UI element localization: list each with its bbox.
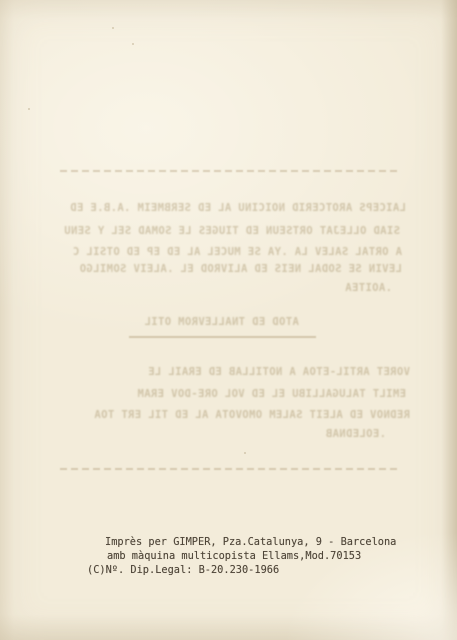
ghost-heading-underline [129, 336, 316, 338]
ghost-dashed-rule-bottom [60, 468, 400, 470]
paper-speck [244, 452, 246, 454]
ghost-text-line: VORET ARTIL-ETOA A NOTILLAB ED ERAIL LE [73, 367, 410, 377]
ghost-text-line: .AOITEA [320, 283, 392, 293]
ghost-text-line: A ORTAL SALEV LA .YA SE MUCEL AL ED EP E… [50, 247, 402, 257]
imprint-legal-deposit-line: (C)Nº. Dip.Legal: B-20.230-1966 [87, 564, 279, 576]
ghost-text-line: LAICEPS AROTCERID NOICINU AL ED SERBMEIM… [68, 203, 406, 213]
imprint-printer-line: Imprès per GIMPER, Pza.Catalunya, 9 - Ba… [105, 536, 396, 548]
ghost-text-line: LEVIN SE SODAL NEIS ED ALIVROD EL .ALEIV… [45, 264, 402, 274]
ghost-text-line: .EOLEDNAB [298, 429, 386, 439]
ghost-text-line: SIAD OLLEJAT ORTSEUN ED TIUGES LE SOMAD … [55, 226, 400, 236]
imprint-machine-line: amb màquina multicopista Ellams,Mod.7015… [107, 550, 361, 562]
ghost-heading: ATOD ED TNALLEVROM OTIL [133, 317, 310, 327]
ghost-text-line: EMILT TALUGALLIBU EL ED VOL ORE-DOV ERAM [60, 389, 406, 399]
ghost-text-line: REDNOV ED ALEIT SALEM OMOVOTA AL ED TIL … [47, 410, 410, 420]
paper-speck [132, 43, 134, 45]
paper-speck [28, 108, 30, 110]
paper-speck [112, 27, 114, 29]
ghost-dashed-rule-top [60, 170, 400, 172]
scanned-page: LAICEPS AROTCERID NOICINU AL ED SERBMEIM… [0, 0, 457, 640]
